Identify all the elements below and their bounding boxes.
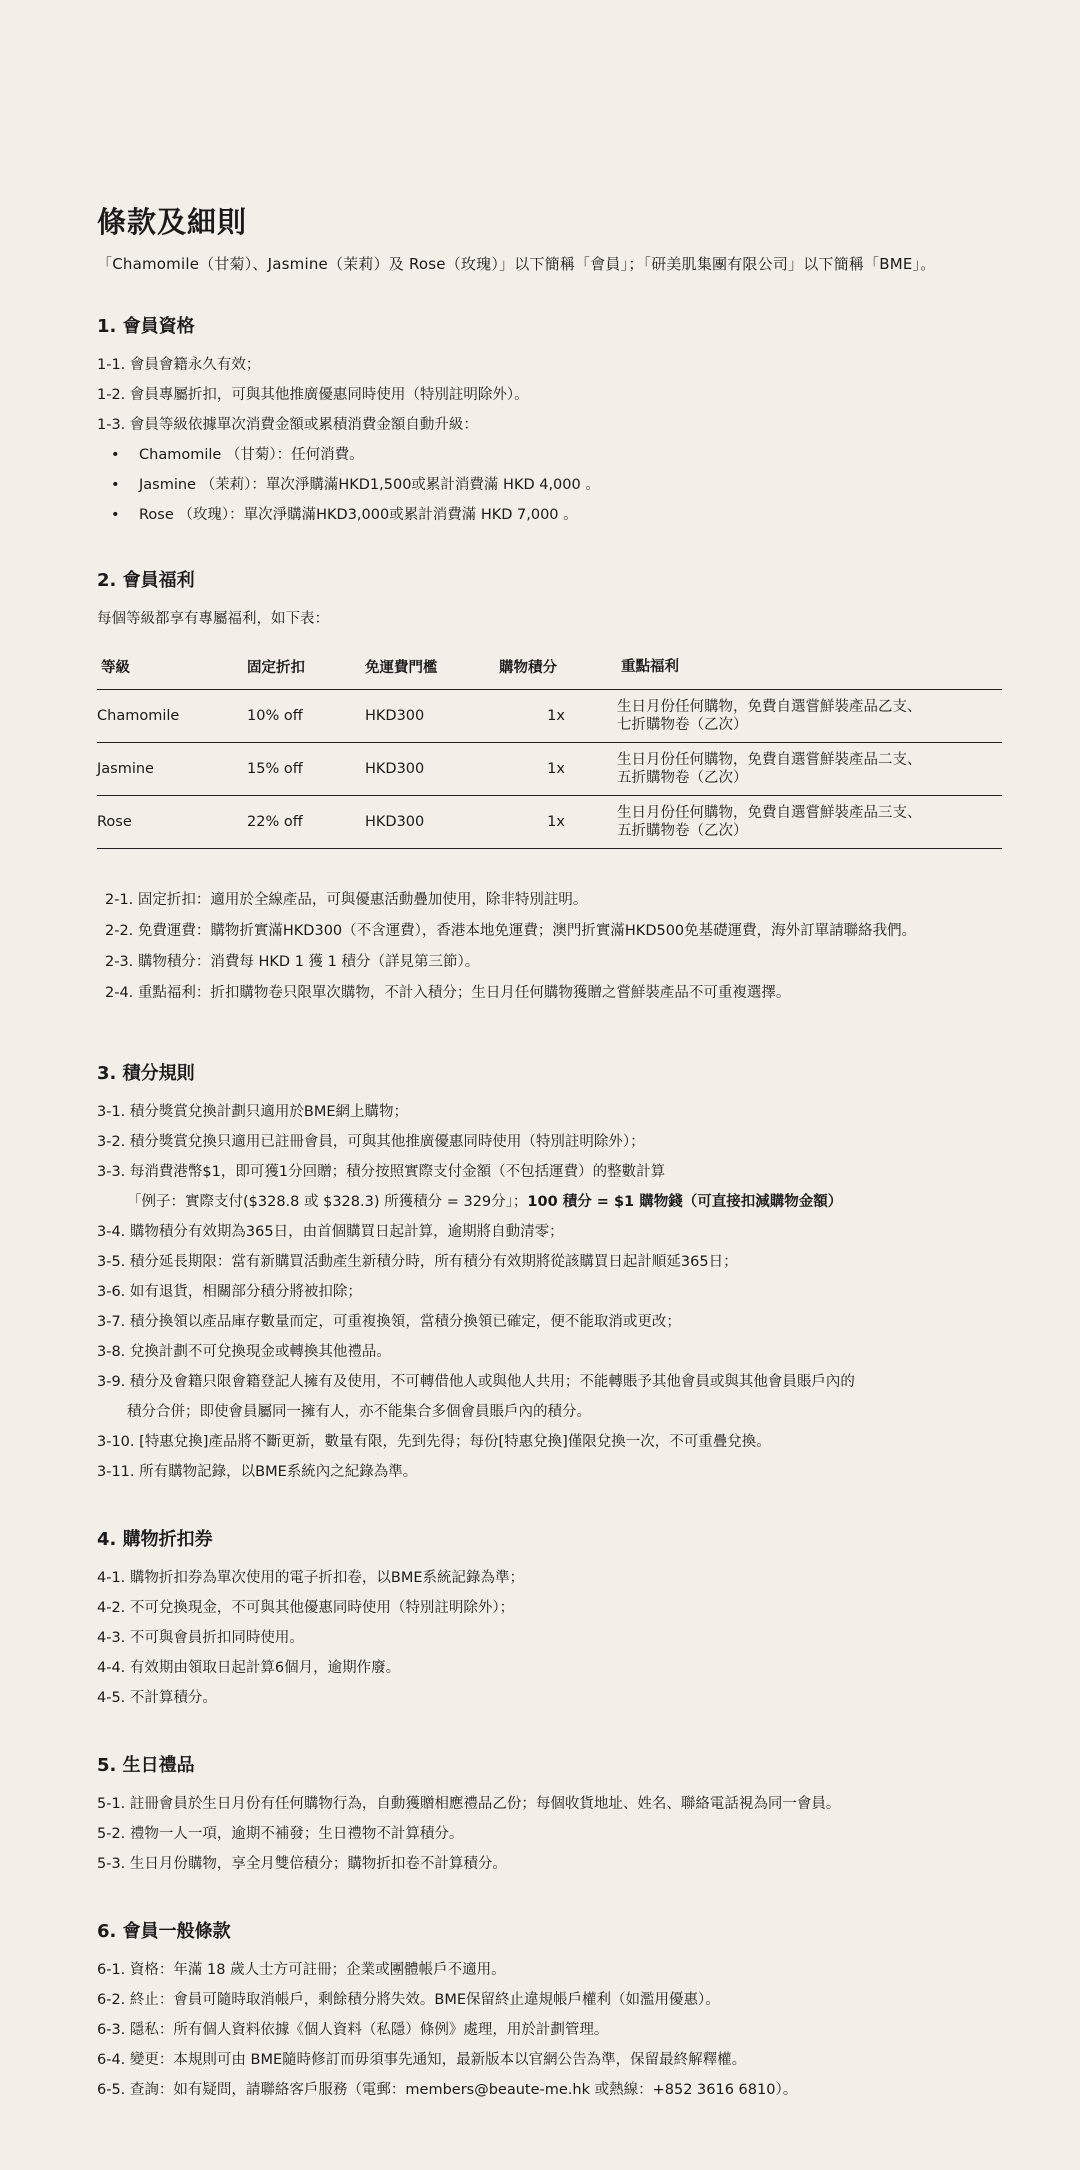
shipping-cell: HKD300: [355, 796, 495, 849]
discount-cell: 10% off: [241, 690, 355, 743]
intro-text: 「Chamomile（甘菊）、Jasmine（茉莉）及 Rose（玫瑰）」以下簡…: [97, 253, 1007, 274]
shipping-cell: HKD300: [355, 743, 495, 796]
points-example: 「例子：實際支付($328.8 或 $328.3) 所獲積分 = 329分」；1…: [97, 1187, 1007, 1217]
clause: 2-1. 固定折扣：適用於全線產品，可與優惠活動疊加使用，除非特別註明。: [105, 885, 1007, 916]
section-membership-eligibility: 1. 會員資格 1-1. 會員會籍永久有效； 1-2. 會員專屬折扣，可與其他推…: [97, 312, 1007, 530]
clause: 4-2. 不可兌換現金，不可與其他優惠同時使用（特別註明除外）；: [97, 1593, 1007, 1623]
perks-cell: 生日月份任何購物，免費自選嘗鮮裝產品二支、五折購物卷（乙次）: [617, 743, 1002, 796]
table-row: Rose 22% off HKD300 1x 生日月份任何購物，免費自選嘗鮮裝產…: [97, 796, 1002, 849]
clause: 6-1. 資格：年滿 18 歲人士方可註冊；企業或團體帳戶不適用。: [97, 1955, 1007, 1985]
section-discount-coupons: 4. 購物折扣券 4-1. 購物折扣券為單次使用的電子折扣卷，以BME系統記錄為…: [97, 1525, 1007, 1713]
column-header: 購物積分: [495, 656, 617, 690]
points-cell: 1x: [495, 743, 617, 796]
contact-clause: 6-5. 查詢：如有疑問，請聯絡客戶服務（電郵：members@beaute-m…: [97, 2075, 1007, 2105]
clause: 5-1. 註冊會員於生日月份有任何購物行為，自動獲贈相應禮品乙份；每個收貨地址、…: [97, 1789, 1007, 1819]
tier-cell: Rose: [97, 796, 241, 849]
column-header: 固定折扣: [241, 656, 355, 690]
clause: 3-5. 積分延長期限：當有新購買活動產生新積分時，所有積分有效期將從該購買日起…: [97, 1247, 1007, 1277]
clause: 3-1. 積分獎賞兌換計劃只適用於BME網上購物；: [97, 1097, 1007, 1127]
benefit-notes: 2-1. 固定折扣：適用於全線產品，可與優惠活動疊加使用，除非特別註明。 2-2…: [105, 885, 1007, 1009]
points-cell: 1x: [495, 796, 617, 849]
clause: 3-3. 每消費港幣$1，即可獲1分回贈；積分按照實際支付金額（不包括運費）的整…: [97, 1157, 1007, 1187]
clause: 2-4. 重點福利：折扣購物卷只限單次購物，不計入積分；生日月任何購物獲贈之嘗鮮…: [105, 978, 1007, 1009]
shipping-cell: HKD300: [355, 690, 495, 743]
section-heading: 1. 會員資格: [97, 312, 1007, 338]
clause: 3-2. 積分獎賞兌換只適用已註冊會員，可與其他推廣優惠同時使用（特別註明除外）…: [97, 1127, 1007, 1157]
column-header: 免運費門檻: [355, 656, 495, 690]
clause: 3-10. [特惠兌換]產品將不斷更新，數量有限，先到先得；每份[特惠兌換]僅限…: [97, 1427, 1007, 1457]
discount-cell: 15% off: [241, 743, 355, 796]
clause: 3-6. 如有退貨，相關部分積分將被扣除；: [97, 1277, 1007, 1307]
clause: 4-1. 購物折扣券為單次使用的電子折扣卷，以BME系統記錄為準；: [97, 1563, 1007, 1593]
clause: 3-8. 兌換計劃不可兌換現金或轉換其他禮品。: [97, 1337, 1007, 1367]
section-member-benefits: 2. 會員福利 每個等級都享有專屬福利，如下表： 等級 固定折扣 免運費門檻 購…: [97, 566, 1007, 1009]
table-header-row: 等級 固定折扣 免運費門檻 購物積分 重點福利: [97, 656, 1002, 690]
section-heading: 4. 購物折扣券: [97, 1525, 1007, 1551]
clause: 2-2. 免費運費：購物折實滿HKD300（不含運費），香港本地免運費；澳門折實…: [105, 916, 1007, 947]
table-row: Chamomile 10% off HKD300 1x 生日月份任何購物，免費自…: [97, 690, 1002, 743]
clause: 6-4. 變更：本規則可由 BME隨時修訂而毋須事先通知，最新版本以官網公告為準…: [97, 2045, 1007, 2075]
bullet-icon: •: [111, 470, 139, 500]
section-heading: 2. 會員福利: [97, 566, 1007, 592]
bullet-icon: •: [111, 440, 139, 470]
section-intro: 每個等級都享有專屬福利，如下表：: [97, 604, 1007, 634]
tier-cell: Jasmine: [97, 743, 241, 796]
clause: 1-2. 會員專屬折扣，可與其他推廣優惠同時使用（特別註明除外）。: [97, 380, 1007, 410]
tier-item: •Rose （玫瑰）：單次淨購滿HKD3,000或累計消費滿 HKD 7,000…: [97, 500, 1007, 530]
section-heading: 6. 會員一般條款: [97, 1917, 1007, 1943]
section-heading: 3. 積分規則: [97, 1059, 1007, 1085]
clause: 4-5. 不計算積分。: [97, 1683, 1007, 1713]
clause: 1-1. 會員會籍永久有效；: [97, 350, 1007, 380]
column-header: 重點福利: [617, 656, 1002, 690]
points-cell: 1x: [495, 690, 617, 743]
terms-document: 條款及細則 「Chamomile（甘菊）、Jasmine（茉莉）及 Rose（玫…: [0, 0, 1007, 2105]
clause: 3-11. 所有購物記錄，以BME系統內之紀錄為準。: [97, 1457, 1007, 1487]
clause: 4-4. 有效期由領取日起計算6個月，逾期作廢。: [97, 1653, 1007, 1683]
clause: 3-7. 積分換領以產品庫存數量而定，可重複換領，當積分換領已確定，便不能取消或…: [97, 1307, 1007, 1337]
perks-cell: 生日月份任何購物，免費自選嘗鮮裝產品乙支、七折購物卷（乙次）: [617, 690, 1002, 743]
section-points-rules: 3. 積分規則 3-1. 積分獎賞兌換計劃只適用於BME網上購物； 3-2. 積…: [97, 1059, 1007, 1487]
discount-cell: 22% off: [241, 796, 355, 849]
clause-continuation: 積分合併；即使會員屬同一擁有人，亦不能集合多個會員賬戶內的積分。: [97, 1397, 1007, 1427]
clause: 2-3. 購物積分：消費每 HKD 1 獲 1 積分（詳見第三節）。: [105, 947, 1007, 978]
page-title: 條款及細則: [97, 200, 1007, 241]
points-conversion: 100 積分 = $1 購物錢（可直接扣減購物金額）: [527, 1194, 842, 1210]
perks-cell: 生日月份任何購物，免費自選嘗鮮裝產品三支、五折購物卷（乙次）: [617, 796, 1002, 849]
clause: 3-9. 積分及會籍只限會籍登記人擁有及使用，不可轉借他人或與他人共用；不能轉賬…: [97, 1367, 1007, 1397]
clause: 5-3. 生日月份購物，享全月雙倍積分；購物折扣卷不計算積分。: [97, 1849, 1007, 1879]
clause: 6-2. 終止：會員可隨時取消帳戶，剩餘積分將失效。BME保留終止違規帳戶權利（…: [97, 1985, 1007, 2015]
benefits-table: 等級 固定折扣 免運費門檻 購物積分 重點福利 Chamomile 10% of…: [97, 656, 1002, 849]
clause: 1-3. 會員等級依據單次消費金額或累積消費金額自動升級：: [97, 410, 1007, 440]
clause: 4-3. 不可與會員折扣同時使用。: [97, 1623, 1007, 1653]
bullet-icon: •: [111, 500, 139, 530]
tier-item: •Jasmine （茉莉）：單次淨購滿HKD1,500或累計消費滿 HKD 4,…: [97, 470, 1007, 500]
section-birthday-gifts: 5. 生日禮品 5-1. 註冊會員於生日月份有任何購物行為，自動獲贈相應禮品乙份…: [97, 1751, 1007, 1879]
table-row: Jasmine 15% off HKD300 1x 生日月份任何購物，免費自選嘗…: [97, 743, 1002, 796]
column-header: 等級: [97, 656, 241, 690]
section-heading: 5. 生日禮品: [97, 1751, 1007, 1777]
tier-list: •Chamomile （甘菊）：任何消費。 •Jasmine （茉莉）：單次淨購…: [97, 440, 1007, 530]
clause: 3-4. 購物積分有效期為365日，由首個購買日起計算，逾期將自動清零；: [97, 1217, 1007, 1247]
clause: 6-3. 隱私：所有個人資料依據《個人資料（私隱）條例》處理，用於計劃管理。: [97, 2015, 1007, 2045]
tier-item: •Chamomile （甘菊）：任何消費。: [97, 440, 1007, 470]
section-general-terms: 6. 會員一般條款 6-1. 資格：年滿 18 歲人士方可註冊；企業或團體帳戶不…: [97, 1917, 1007, 2105]
clause: 5-2. 禮物一人一項，逾期不補發；生日禮物不計算積分。: [97, 1819, 1007, 1849]
tier-cell: Chamomile: [97, 690, 241, 743]
